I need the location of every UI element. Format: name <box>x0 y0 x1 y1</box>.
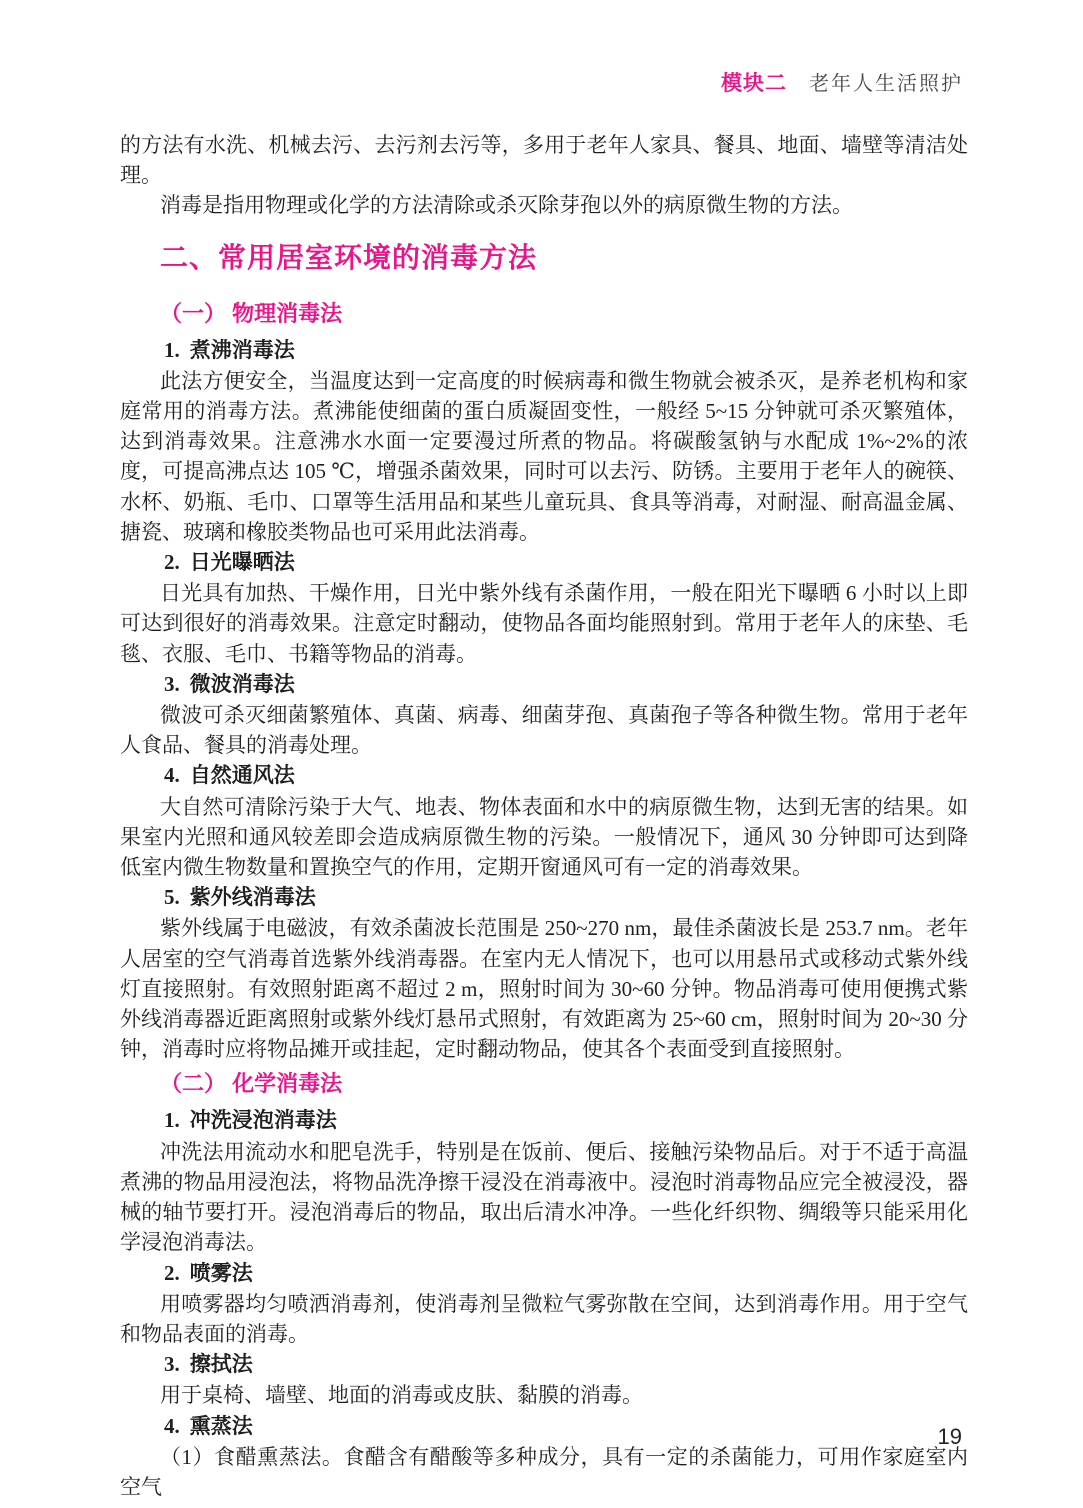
item-heading-rinse-soak: 1.冲洗浸泡消毒法 <box>120 1105 968 1136</box>
paragraph: 大自然可清除污染于大气、地表、物体表面和水中的病原微生物，达到无害的结果。如果室… <box>120 792 968 883</box>
item-number: 2. <box>164 550 180 574</box>
item-label: 微波消毒法 <box>190 673 295 696</box>
paragraph: 紫外线属于电磁波，有效杀菌波长范围是 250~270 nm，最佳杀菌波长是 25… <box>120 913 968 1064</box>
paragraph: 此法方便安全，当温度达到一定高度的时候病毒和微生物就会被杀灭，是养老机构和家庭常… <box>120 366 968 547</box>
item-label: 喷雾法 <box>190 1262 253 1285</box>
paragraph: （1）食醋熏蒸法。食醋含有醋酸等多种成分，具有一定的杀菌能力，可用作家庭室内空气 <box>120 1442 968 1502</box>
item-heading-wipe: 3.擦拭法 <box>120 1349 968 1380</box>
item-heading-fumigation: 4.熏蒸法 <box>120 1411 968 1442</box>
item-heading-ventilation: 4.自然通风法 <box>120 760 968 791</box>
module-badge: 模块二 <box>721 72 787 95</box>
item-heading-boiling: 1.煮沸消毒法 <box>120 335 968 366</box>
item-label: 熏蒸法 <box>190 1415 253 1438</box>
item-number: 1. <box>164 1108 180 1132</box>
item-number: 4. <box>164 763 180 787</box>
item-heading-ultraviolet: 5.紫外线消毒法 <box>120 882 968 913</box>
paragraph: 冲洗法用流动水和肥皂洗手，特别是在饭前、便后、接触污染物品后。对于不适于高温煮沸… <box>120 1137 968 1258</box>
paragraph: 日光具有加热、干燥作用，日光中紫外线有杀菌作用，一般在阳光下曝晒 6 小时以上即… <box>120 578 968 669</box>
item-heading-spray: 2.喷雾法 <box>120 1258 968 1289</box>
running-header: 模块二老年人生活照护 <box>721 70 963 98</box>
paragraph: 消毒是指用物理或化学的方法清除或杀灭除芽孢以外的病原微生物的方法。 <box>120 190 968 220</box>
module-title: 老年人生活照护 <box>809 73 963 95</box>
item-heading-microwave: 3.微波消毒法 <box>120 669 968 700</box>
page-number: 19 <box>938 1424 962 1450</box>
subsection-heading-physical: （一） 物理消毒法 <box>120 298 968 330</box>
item-heading-sunlight: 2.日光曝晒法 <box>120 547 968 578</box>
item-label: 煮沸消毒法 <box>190 339 295 362</box>
book-page: 模块二老年人生活照护 的方法有水洗、机械去污、去污剂去污等，多用于老年人家具、餐… <box>0 0 1083 1508</box>
item-label: 擦拭法 <box>190 1353 253 1376</box>
section-heading: 二、常用居室环境的消毒方法 <box>120 242 968 276</box>
paragraph: 微波可杀灭细菌繁殖体、真菌、病毒、细菌芽孢、真菌孢子等各种微生物。常用于老年人食… <box>120 700 968 760</box>
item-label: 自然通风法 <box>190 764 295 787</box>
page-content: 的方法有水洗、机械去污、去污剂去污等，多用于老年人家具、餐具、地面、墙壁等清洁处… <box>120 130 968 1502</box>
item-number: 3. <box>164 672 180 696</box>
item-label: 冲洗浸泡消毒法 <box>190 1109 337 1132</box>
item-label: 紫外线消毒法 <box>190 886 316 909</box>
item-number: 3. <box>164 1352 180 1376</box>
paragraph: 的方法有水洗、机械去污、去污剂去污等，多用于老年人家具、餐具、地面、墙壁等清洁处… <box>120 130 968 190</box>
paragraph: 用于桌椅、墙壁、地面的消毒或皮肤、黏膜的消毒。 <box>120 1380 968 1410</box>
item-number: 2. <box>164 1261 180 1285</box>
item-number: 1. <box>164 338 180 362</box>
item-number: 5. <box>164 885 180 909</box>
item-number: 4. <box>164 1414 180 1438</box>
paragraph: 用喷雾器均匀喷洒消毒剂，使消毒剂呈微粒气雾弥散在空间，达到消毒作用。用于空气和物… <box>120 1289 968 1349</box>
subsection-heading-chemical: （二） 化学消毒法 <box>120 1068 968 1100</box>
item-label: 日光曝晒法 <box>190 551 295 574</box>
